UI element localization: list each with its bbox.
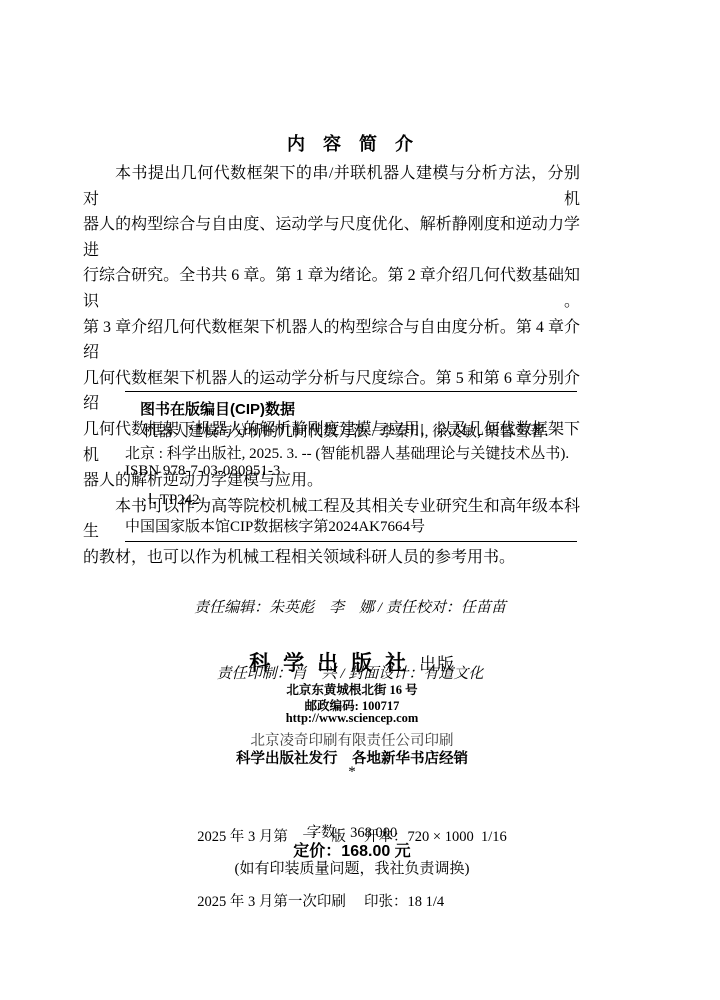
publisher-logo: 科学出版社: [249, 651, 419, 675]
cip-publisher-series: 北京 : 科学出版社, 2025. 3. -- (智能机器人基础理论与关键技术丛…: [125, 442, 595, 463]
section-title: 内 容 简 介: [80, 130, 620, 156]
intro-line: 本书提出几何代数框架下的串/并联机器人建模与分析方法，分别对机: [83, 161, 580, 212]
intro-paragraphs: 本书提出几何代数框架下的串/并联机器人建模与分析方法，分别对机 器人的构型综合与…: [83, 161, 580, 571]
publisher-logo-line: 科学出版社出版: [0, 647, 704, 677]
printing-line: 2025 年 3 月第一次印刷 印张：18 1/4: [197, 892, 506, 914]
divider-line: [125, 391, 577, 392]
publisher-website: http://www.sciencep.com: [0, 711, 704, 726]
cip-header: 图书在版编目(CIP)数据: [125, 398, 610, 419]
book-copyright-page: 内 容 简 介 本书提出几何代数框架下的串/并联机器人建模与分析方法，分别对机 …: [0, 0, 720, 1000]
cip-title-authors: 机器人建模与分析的几何代数方法 / 李秦川, 徐灵敏, 柴馨雪著.: [125, 420, 613, 441]
intro-line: 器人的构型综合与自由度、运动学与尺度优化、解析静刚度和逆动力学进: [83, 212, 580, 263]
quality-notice: (如有印装质量问题，我社负责调换): [0, 857, 704, 878]
separator-star: *: [0, 764, 704, 781]
cip-isbn: ISBN 978-7-03-080951-3: [125, 463, 595, 480]
cip-registry-number: 中国国家版本馆CIP数据核字第2024AK7664号: [125, 515, 595, 536]
cip-class-code: Ⅰ. TP242: [125, 490, 618, 509]
divider-line: [125, 541, 577, 542]
publisher-logo-suffix: 出版: [419, 655, 455, 674]
staff-editors-line: 责任编辑：朱英彪 李 娜 / 责任校对：任苗苗: [0, 597, 700, 619]
intro-line: 第 3 章介绍几何代数框架下机器人的构型综合与自由度分析。第 4 章介绍: [83, 315, 580, 366]
intro-line: 行综合研究。全书共 6 章。第 1 章为绪论。第 2 章介绍几何代数基础知识。: [83, 263, 580, 314]
